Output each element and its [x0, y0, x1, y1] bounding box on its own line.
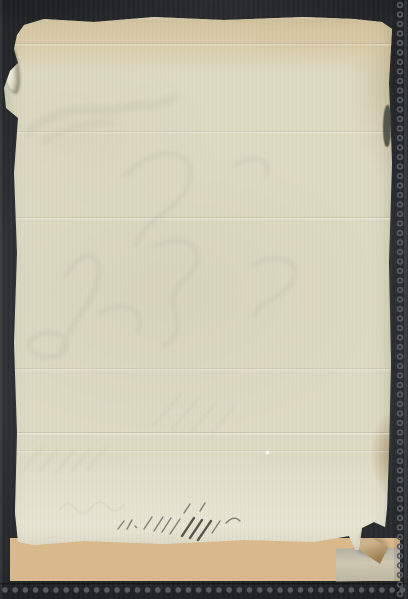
ink-docket-handwriting — [118, 503, 240, 540]
mat-outer-edge — [404, 0, 408, 599]
torn-corner-top-left — [1, 39, 20, 92]
fold-crease — [4, 131, 392, 134]
beaded-border-bottom — [0, 583, 408, 599]
photo-of-document-verso — [0, 0, 408, 599]
edge-notch-stain — [383, 105, 391, 147]
document-sheet — [4, 13, 392, 550]
fold-crease — [4, 43, 392, 46]
ghost-writing-overlay — [4, 13, 392, 550]
fold-crease — [4, 432, 392, 435]
fold-crease — [4, 217, 392, 220]
white-speck — [266, 451, 269, 454]
fold-crease — [4, 368, 392, 371]
fold-crease — [4, 450, 392, 453]
